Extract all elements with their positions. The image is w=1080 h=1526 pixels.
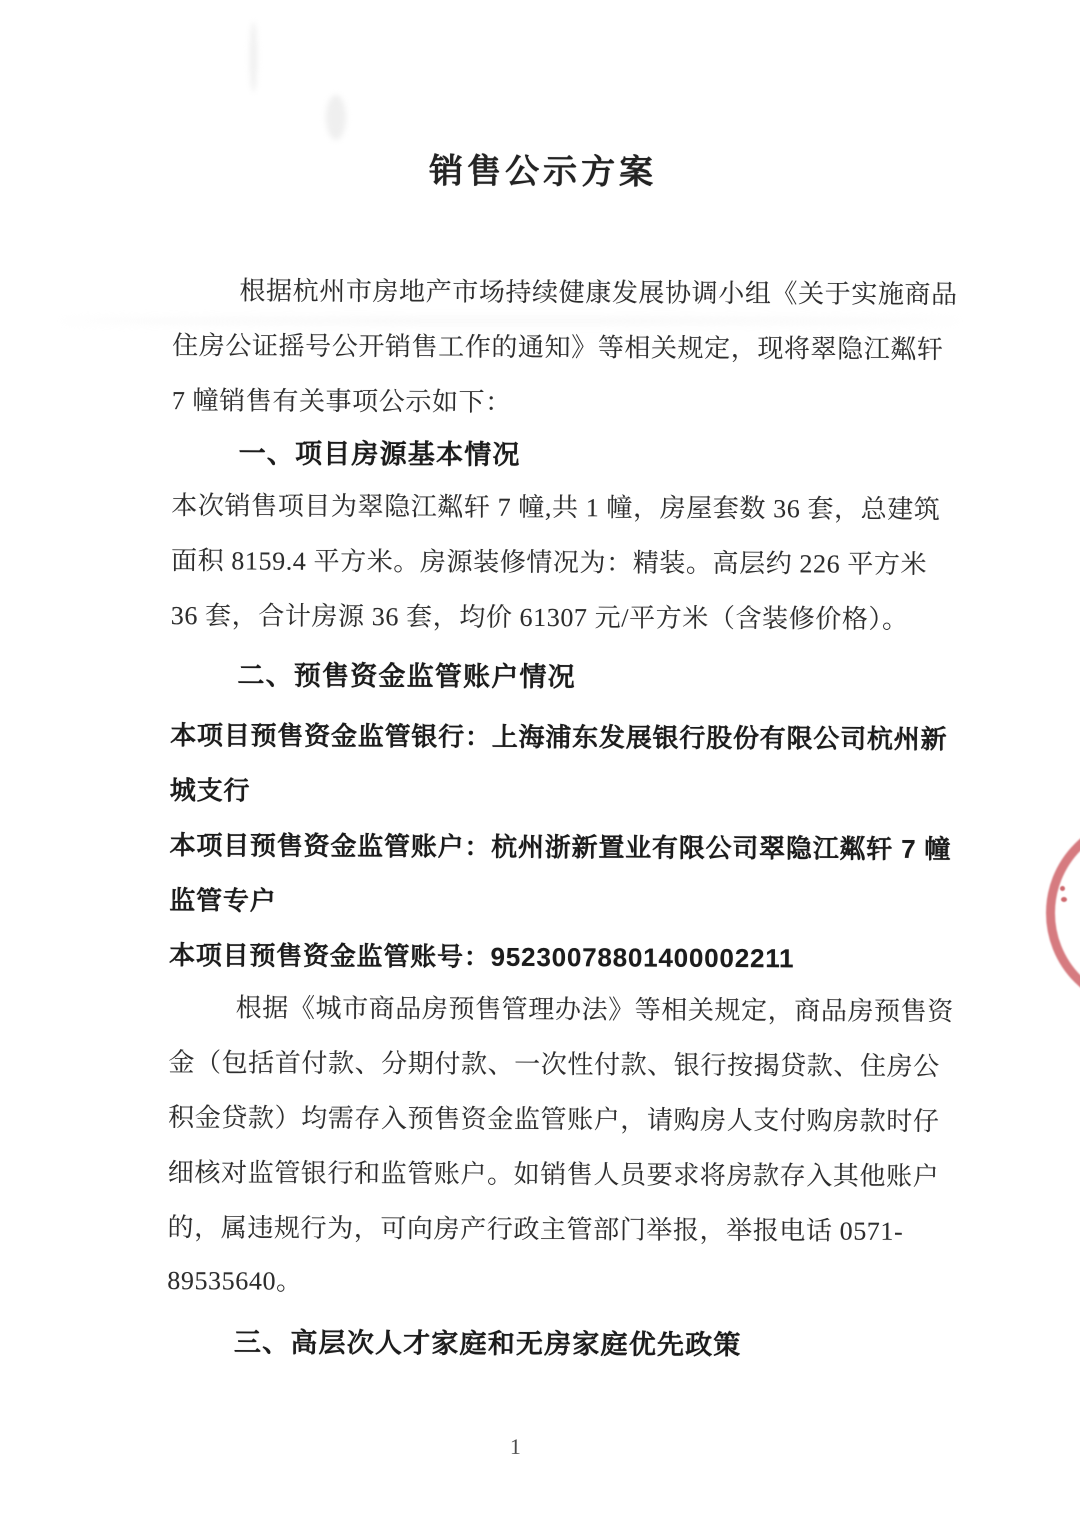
section-2-body-line: 89535640。 [167, 1260, 942, 1301]
supervision-account-number: 本项目预售资金监管账号：95230078801400002211 [169, 935, 944, 976]
supervision-account-line: 监管专户 [169, 880, 944, 921]
section-2-body-line: 根据《城市商品房预售管理办法》等相关规定，商品房预售资 [236, 987, 1011, 1028]
section-1-body-line: 36 套，合计房源 36 套，均价 61307 元/平方米（含装修价格）。 [171, 595, 946, 636]
red-seal-mark [1060, 886, 1065, 891]
intro-line: 根据杭州市房地产市场持续健康发展协调小组《关于实施商品 [239, 270, 1014, 311]
supervision-account-line: 本项目预售资金监管账户：杭州浙新置业有限公司翠隐江粼轩 7 幢 [169, 825, 944, 866]
section-2-body-line: 细核对监管银行和监管账户。如销售人员要求将房款存入其他账户 [168, 1152, 943, 1193]
section-1-heading: 一、项目房源基本情况 [239, 431, 1014, 474]
section-2-body-line: 金（包括首付款、分期付款、一次性付款、银行按揭贷款、住房公 [168, 1042, 943, 1083]
page-number: 1 [0, 1431, 1034, 1462]
intro-line: 住房公证摇号公开销售工作的通知》等相关规定，现将翠隐江粼轩 [172, 325, 947, 366]
supervision-bank-line: 城支行 [170, 770, 945, 811]
red-seal-mark [1061, 897, 1067, 902]
supervision-bank-line: 本项目预售资金监管银行：上海浦东发展银行股份有限公司杭州新 [170, 715, 945, 756]
section-1-body-line: 面积 8159.4 平方米。房源装修情况为：精装。高层约 226 平方米 [171, 540, 946, 581]
section-3-heading: 三、高层次人才家庭和无房家庭优先政策 [234, 1320, 1009, 1363]
section-1-body-line: 本次销售项目为翠隐江粼轩 7 幢,共 1 幢，房屋套数 36 套，总建筑 [171, 485, 946, 526]
document-content: 销售公示方案 根据杭州市房地产市场持续健康发展协调小组《关于实施商品 住房公证摇… [0, 0, 1080, 1526]
section-2-body-line: 积金贷款）均需存入预售资金监管账户，请购房人支付购房款时仔 [168, 1097, 943, 1138]
intro-line: 7 幢销售有关事项公示如下： [172, 380, 947, 421]
doc-title: 销售公示方案 [3, 141, 1080, 196]
scanned-document-page: 销售公示方案 根据杭州市房地产市场持续健康发展协调小组《关于实施商品 住房公证摇… [0, 0, 1080, 1526]
section-2-heading: 二、预售资金监管账户情况 [237, 653, 1012, 696]
section-2-body-line: 的，属违规行为，可向房产行政主管部门举报，举报电话 0571- [167, 1207, 942, 1248]
